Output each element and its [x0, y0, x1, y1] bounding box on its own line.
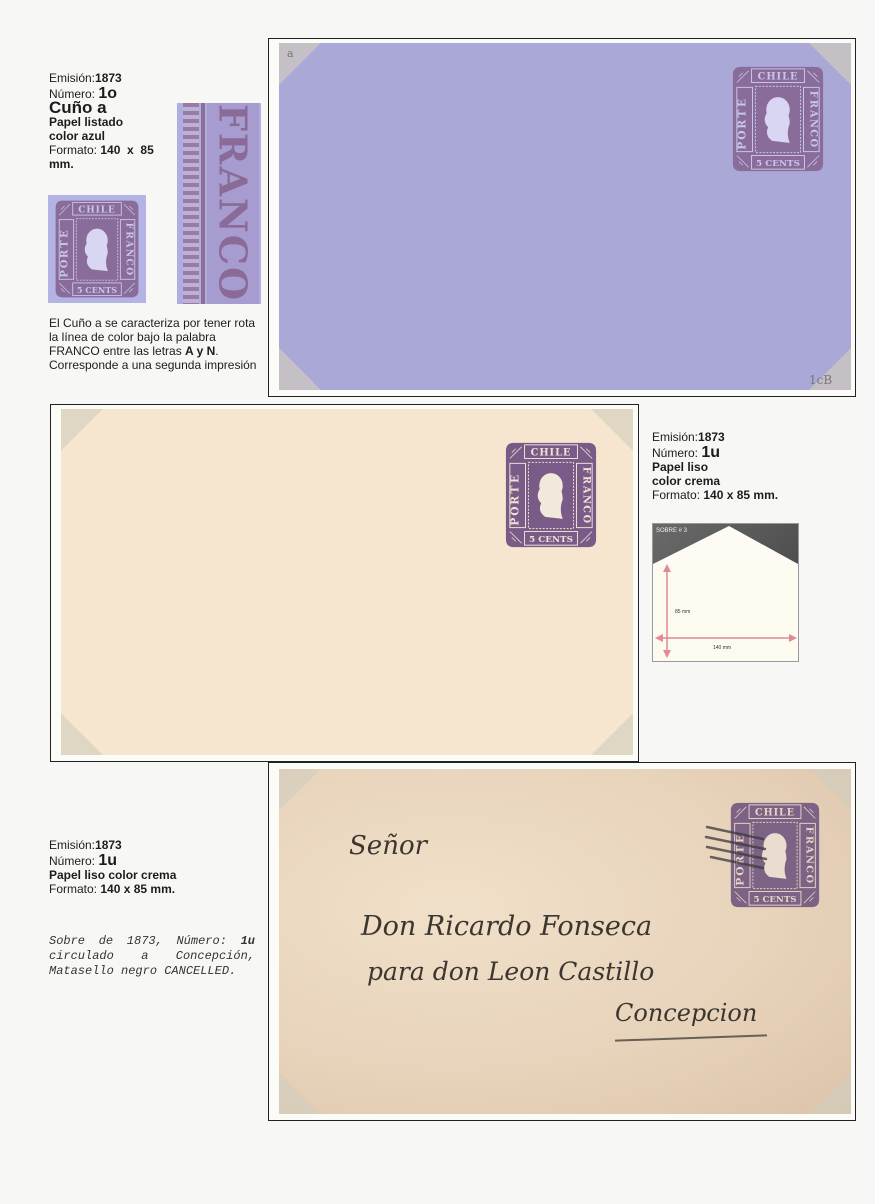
numero-line: Número: 1u — [652, 446, 812, 460]
svg-text:5 CENTS: 5 CENTS — [756, 159, 800, 169]
svg-text:O: O — [580, 515, 591, 524]
envelope-diagram-graphic — [653, 524, 798, 661]
formato-line: Formato: 140 x 85 — [49, 143, 174, 157]
svg-text:C: C — [804, 865, 815, 873]
stamp-detail-image: CHILE PORTEFRANCO 5 CENTS — [48, 195, 146, 303]
cancellation-postmark — [703, 817, 773, 877]
cuno-label: Cuño a — [49, 101, 174, 115]
svg-text:T: T — [59, 240, 70, 248]
svg-text:T: T — [509, 486, 522, 494]
svg-text:F: F — [580, 467, 591, 474]
svg-text:O: O — [804, 875, 815, 883]
section1-info: Emisión:1873 Número: 1o Cuño a Papel lis… — [49, 71, 174, 171]
svg-text:P: P — [59, 270, 70, 278]
svg-text:CHILE: CHILE — [78, 205, 116, 215]
papel-line2: color azul — [49, 129, 174, 143]
svg-text:R: R — [807, 100, 818, 109]
section3-info: Emisión:1873 Número: 1u Papel liso color… — [49, 838, 249, 896]
handwriting-line2: Don Ricardo Fonseca — [361, 911, 652, 942]
svg-text:R: R — [124, 231, 134, 239]
svg-text:5 CENTS: 5 CENTS — [754, 895, 797, 905]
svg-text:N: N — [807, 119, 818, 128]
handwriting-line1: Señor — [349, 831, 427, 861]
svg-text:O: O — [736, 130, 749, 139]
rule-line — [201, 103, 205, 304]
formato-unit: mm. — [49, 157, 174, 171]
svg-text:C: C — [807, 129, 818, 137]
svg-text:N: N — [124, 249, 134, 257]
envelope-size-diagram: SOBRE # 3 85 mm 140 mm — [652, 523, 799, 662]
envelope-frame-2: CHILE PORTEFRANCO 5 CENTS — [50, 404, 639, 762]
svg-text:R: R — [59, 249, 70, 258]
emision-line: Emisión:1873 — [49, 838, 249, 852]
svg-text:N: N — [580, 495, 591, 504]
section1-description: El Cuño a se caracteriza por tener rota … — [49, 316, 264, 372]
emision-line: Emisión:1873 — [49, 71, 174, 85]
papel-line: Papel liso color crema — [49, 868, 249, 882]
zigzag-border — [183, 103, 199, 304]
svg-text:A: A — [807, 109, 818, 118]
svg-text:P: P — [509, 518, 522, 526]
emision-line: Emisión:1873 — [652, 430, 812, 444]
mount-corner — [61, 409, 103, 451]
handwriting-line3: para don Leon Castillo — [367, 957, 654, 986]
svg-text:A: A — [804, 845, 815, 854]
diagram-title: SOBRE # 3 — [656, 528, 687, 534]
svg-text:F: F — [807, 91, 818, 98]
underline-flourish — [615, 1034, 767, 1041]
envelope-frame-3: CHILE PORTEFRANCO 5 CENTS — [268, 762, 856, 1121]
formato-line: Formato: 140 x 85 mm. — [49, 882, 249, 896]
svg-text:E: E — [59, 230, 70, 238]
section3-note: Sobre de 1873, Número: 1u circulado a Co… — [49, 934, 255, 979]
mount-corner — [279, 1072, 321, 1114]
formato-line: Formato: 140 x 85 mm. — [652, 488, 812, 502]
svg-text:R: R — [736, 120, 749, 129]
stamp-image: CHILE PORTEFRANCO 5 CENTS — [502, 439, 600, 551]
numero-line: Número: 1u — [49, 854, 249, 868]
envelope-blue: a CHILE PORTEFRANCO 5 CENTS — [279, 43, 851, 390]
svg-text:A: A — [580, 485, 591, 494]
svg-text:P: P — [736, 142, 749, 150]
svg-text:CHILE: CHILE — [758, 72, 799, 83]
envelope-cream: CHILE PORTEFRANCO 5 CENTS — [61, 409, 633, 755]
stamp-image: CHILE PORTEFRANCO 5 CENTS — [52, 197, 142, 301]
svg-text:E: E — [509, 475, 522, 483]
mount-corner — [279, 769, 321, 811]
pencil-note-bottom: 1cB — [809, 373, 832, 387]
papel-line1: Papel listado — [49, 115, 174, 129]
svg-text:O: O — [124, 267, 134, 275]
diagram-height-label: 85 mm — [675, 609, 690, 615]
svg-text:A: A — [124, 240, 134, 249]
envelope-used: CHILE PORTEFRANCO 5 CENTS — [279, 769, 851, 1114]
mount-corner — [61, 713, 103, 755]
franco-word: FRANCO — [211, 104, 256, 302]
stamp-image: CHILE PORTEFRANCO 5 CENTS — [729, 63, 827, 175]
diagram-width-label: 140 mm — [713, 645, 731, 651]
svg-text:O: O — [59, 259, 70, 268]
svg-text:R: R — [509, 496, 522, 505]
svg-text:CHILE: CHILE — [531, 448, 572, 459]
mount-corner — [809, 1072, 851, 1114]
svg-text:5 CENTS: 5 CENTS — [529, 535, 573, 545]
svg-text:P: P — [733, 878, 746, 886]
svg-text:O: O — [509, 506, 522, 515]
mount-corner — [591, 713, 633, 755]
svg-text:5 CENTS: 5 CENTS — [77, 285, 117, 295]
svg-text:N: N — [804, 855, 815, 864]
franco-detail-image: FRANCO — [177, 103, 261, 304]
papel-line1: Papel liso — [652, 460, 812, 474]
pencil-note-corner: a — [287, 47, 294, 60]
svg-text:E: E — [736, 99, 749, 107]
svg-text:R: R — [580, 476, 591, 485]
envelope-frame-1: a CHILE PORTEFRANCO 5 CENTS — [268, 38, 856, 397]
papel-line2: color crema — [652, 474, 812, 488]
section2-info: Emisión:1873 Número: 1u Papel liso color… — [652, 430, 812, 502]
svg-text:C: C — [124, 259, 134, 266]
mount-corner — [279, 348, 321, 390]
svg-text:C: C — [580, 505, 591, 513]
svg-text:R: R — [804, 836, 815, 845]
mount-corner — [279, 43, 321, 85]
svg-text:F: F — [124, 223, 134, 230]
handwriting-line4: Concepcion — [615, 999, 757, 1027]
svg-text:O: O — [807, 139, 818, 148]
svg-text:F: F — [804, 827, 815, 834]
svg-text:T: T — [736, 110, 749, 118]
